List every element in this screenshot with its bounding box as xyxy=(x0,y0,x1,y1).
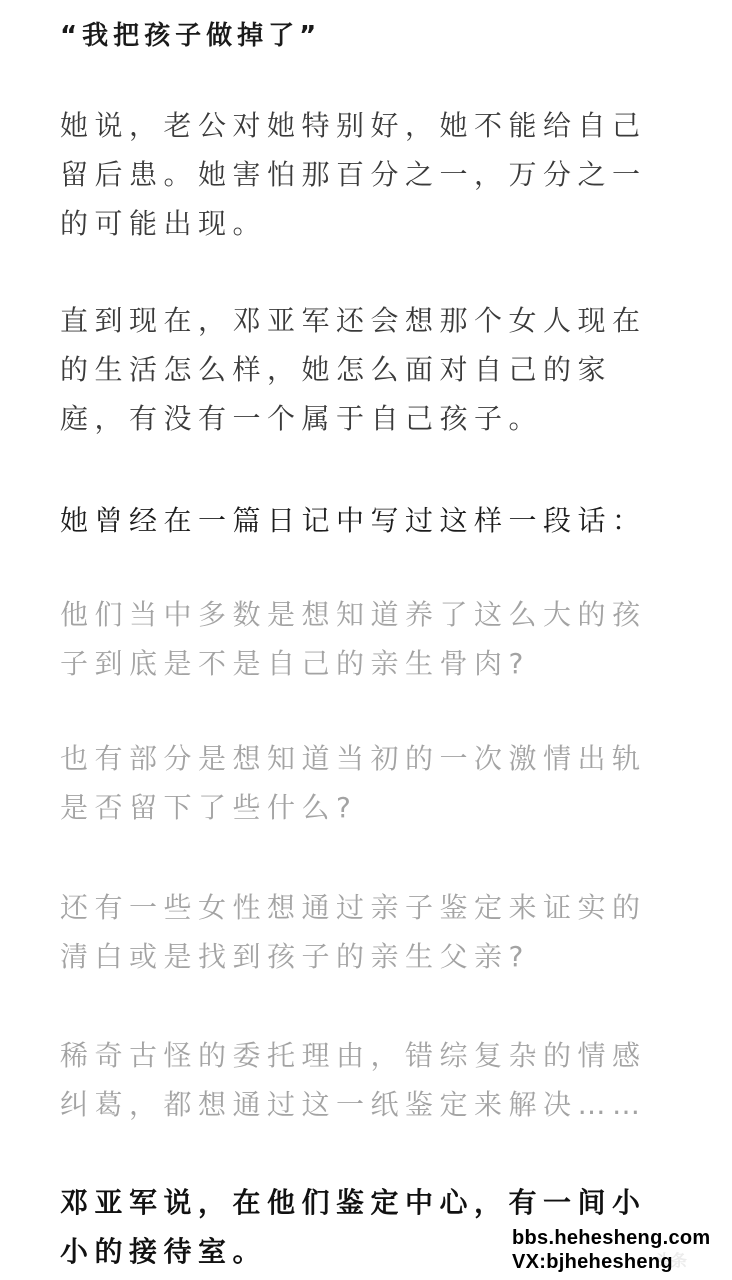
quote-paragraph-3: 还有一些女性想通过亲子鉴定来证实的清白或是找到孩子的亲生父亲? xyxy=(60,883,678,981)
quote-paragraph-1: 他们当中多数是想知道养了这么大的孩子到底是不是自己的亲生骨肉? xyxy=(60,590,678,688)
paragraph-diary-intro: 她曾经在一篇日记中写过这样一段话： xyxy=(60,496,678,545)
paragraph-2: 直到现在，邓亚军还会想那个女人现在的生活怎么样，她怎么面对自己的家庭，有没有一个… xyxy=(60,296,678,443)
site-watermark: bbs.hehesheng.com VX:bjhehesheng xyxy=(512,1226,710,1274)
article-heading: “我把孩子做掉了” xyxy=(60,12,678,61)
watermark-url: bbs.hehesheng.com xyxy=(512,1226,710,1250)
quote-paragraph-2: 也有部分是想知道当初的一次激情出轨是否留下了些什么? xyxy=(60,734,678,832)
paragraph-1: 她说，老公对她特别好，她不能给自己留后患。她害怕那百分之一，万分之一的可能出现。 xyxy=(60,101,678,248)
quote-paragraph-4: 稀奇古怪的委托理由，错综复杂的情感纠葛，都想通过这一纸鉴定来解决…… xyxy=(60,1031,678,1129)
watermark-wechat: VX:bjhehesheng xyxy=(512,1250,710,1274)
